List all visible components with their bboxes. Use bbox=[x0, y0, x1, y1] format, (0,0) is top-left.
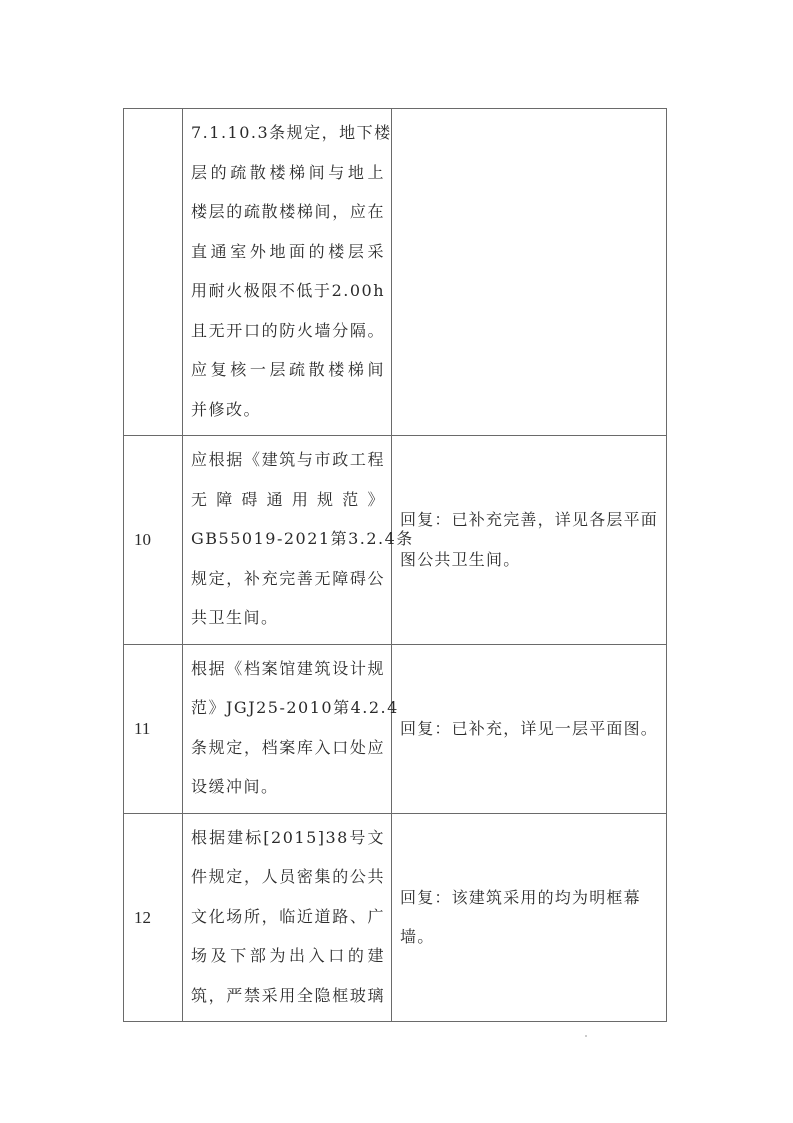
issue-line: 7.1.10.3条规定，地下楼 bbox=[191, 113, 385, 153]
reply-cell: 回复：该建筑采用的均为明框幕 墙。 bbox=[392, 813, 667, 1022]
issue-line: 共卫生间。 bbox=[191, 598, 385, 638]
reply-line: 回复：该建筑采用的均为明框幕 bbox=[400, 878, 660, 918]
issue-line: 用耐火极限不低于2.00h bbox=[191, 271, 385, 311]
reply-line: 墙。 bbox=[400, 917, 660, 957]
issue-line: 文化场所，临近道路、广 bbox=[191, 897, 385, 937]
issue-line: 条规定，档案库入口处应 bbox=[191, 728, 385, 768]
issue-line: 根据建标[2015]38号文 bbox=[191, 818, 385, 858]
row-number-cell bbox=[124, 109, 183, 436]
issue-line: 楼层的疏散楼梯间，应在 bbox=[191, 192, 385, 232]
issue-line: 层的疏散楼梯间与地上 bbox=[191, 153, 385, 193]
reply-line: 图公共卫生间。 bbox=[400, 540, 660, 580]
review-comments-table: 7.1.10.3条规定，地下楼 层的疏散楼梯间与地上 楼层的疏散楼梯间，应在 直… bbox=[123, 108, 667, 1022]
row-number-cell: 12 bbox=[124, 813, 183, 1022]
row-number-cell: 10 bbox=[124, 436, 183, 645]
issue-cell: 根据《档案馆建筑设计规 范》JGJ25-2010第4.2.4 条规定，档案库入口… bbox=[183, 644, 392, 813]
reply-cell: 回复：已补充完善，详见各层平面 图公共卫生间。 bbox=[392, 436, 667, 645]
table-row: 7.1.10.3条规定，地下楼 层的疏散楼梯间与地上 楼层的疏散楼梯间，应在 直… bbox=[124, 109, 667, 436]
issue-line: 件规定，人员密集的公共 bbox=[191, 857, 385, 897]
issue-line: 并修改。 bbox=[191, 390, 385, 430]
reply-cell: 回复：已补充，详见一层平面图。 bbox=[392, 644, 667, 813]
table-row: 10 应根据《建筑与市政工程 无障碍通用规范》 GB55019-2021第3.2… bbox=[124, 436, 667, 645]
issue-line: 且无开口的防火墙分隔。 bbox=[191, 311, 385, 351]
scan-speck bbox=[585, 1035, 587, 1037]
row-number-cell: 11 bbox=[124, 644, 183, 813]
reply-cell bbox=[392, 109, 667, 436]
table-row: 12 根据建标[2015]38号文 件规定，人员密集的公共 文化场所，临近道路、… bbox=[124, 813, 667, 1022]
table-row: 11 根据《档案馆建筑设计规 范》JGJ25-2010第4.2.4 条规定，档案… bbox=[124, 644, 667, 813]
issue-line: 应根据《建筑与市政工程 bbox=[191, 440, 385, 480]
reply-line: 回复：已补充，详见一层平面图。 bbox=[400, 709, 660, 749]
issue-line: GB55019-2021第3.2.4条 bbox=[191, 519, 385, 559]
document-page: 7.1.10.3条规定，地下楼 层的疏散楼梯间与地上 楼层的疏散楼梯间，应在 直… bbox=[0, 0, 793, 1123]
issue-line: 设缓冲间。 bbox=[191, 767, 385, 807]
issue-cell: 根据建标[2015]38号文 件规定，人员密集的公共 文化场所，临近道路、广 场… bbox=[183, 813, 392, 1022]
issue-line: 无障碍通用规范》 bbox=[191, 480, 385, 520]
issue-line: 直通室外地面的楼层采 bbox=[191, 232, 385, 272]
issue-line: 筑，严禁采用全隐框玻璃 bbox=[191, 976, 385, 1016]
issue-cell: 应根据《建筑与市政工程 无障碍通用规范》 GB55019-2021第3.2.4条… bbox=[183, 436, 392, 645]
issue-line: 根据《档案馆建筑设计规 bbox=[191, 649, 385, 689]
issue-cell: 7.1.10.3条规定，地下楼 层的疏散楼梯间与地上 楼层的疏散楼梯间，应在 直… bbox=[183, 109, 392, 436]
issue-line: 应复核一层疏散楼梯间 bbox=[191, 350, 385, 390]
reply-line: 回复：已补充完善，详见各层平面 bbox=[400, 500, 660, 540]
issue-line: 场及下部为出入口的建 bbox=[191, 936, 385, 976]
issue-line: 规定，补充完善无障碍公 bbox=[191, 559, 385, 599]
issue-line: 范》JGJ25-2010第4.2.4 bbox=[191, 688, 385, 728]
